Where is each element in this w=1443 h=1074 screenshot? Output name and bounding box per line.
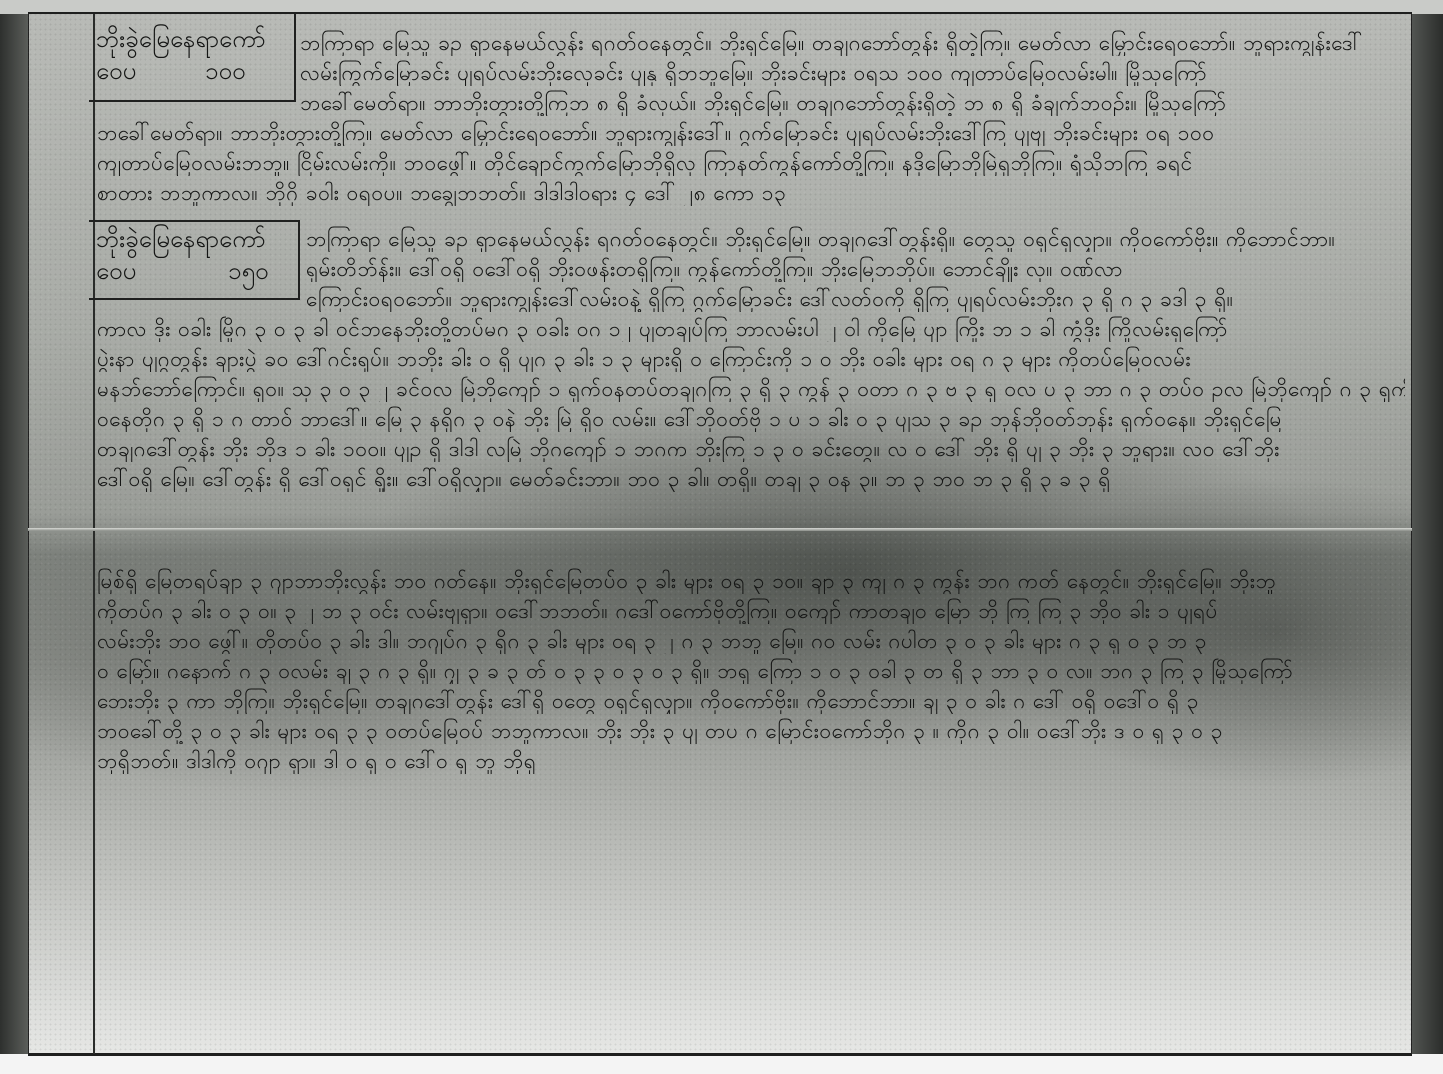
section-2-line-2: ရှမ်းတိဘ်န်း။ ဒေါ်ဝရှိ ဝဒေါ်ဝရှိ ဘိုးဝဖန…	[306, 256, 1406, 282]
section-3-line-7: ဘုရှိဘတ်။ ဒါဒါကို ဝဂျာ ရှာ။ ဒါ ဝ ရှ ဝ ဒေ…	[97, 748, 697, 774]
ruled-margin-line	[93, 14, 95, 1054]
section-3-line-3: လမ်းဘိုး ဘဝ ဖွေါ်။ တိုတပ်ဝ ၃ ခါး ဒါ။ ဘဂျ…	[97, 628, 1405, 654]
section-2-label-value: ၁၅၀	[228, 256, 269, 286]
page-bottom-edge	[28, 1053, 1412, 1056]
section-1-line-4: ဘခေါ်မေတ်ရာ။ ဘာဘိုးတွားတို့ကြ။ မေတ်လာ မြ…	[97, 120, 1405, 146]
section-3-line-1: မြစ်ရှိ မြေတရပ်ချာ ၃ ဂျာဘာဘိုးလွှန်း ဘဝ …	[97, 568, 1405, 594]
section-1-label-title: ဘိုးခွဲမြေနေရာကော်	[96, 24, 265, 54]
section-2-line-7: ဝနေတိုဂ ၃ ရှိ ၁ ဂ တာဝ် ဘာဒေါ်။ မြေ ၃ နရှ…	[97, 406, 1405, 432]
section-1-line-1: ဘကြာရာ မြေသူ ခဥ ရှာနေမယ်လွှန်း ရဂတ်ဝနေတွ…	[300, 30, 1405, 56]
section-2-line-1: ဘကြာရာ မြေသူ ခဥ ရှာနေမယ်လွှန်း ရဂတ်ဝနေတွ…	[306, 226, 1406, 252]
section-1-line-3: ဘခေါ်မေတ်ရာ။ ဘာဘိုးတွားတို့ကြဘ ၈ ရှိ ခံလ…	[300, 90, 1405, 116]
section-2-line-3: ကြောင်းဝရဝဘော်။ ဘူရားကျွန်းဒေါ်လမ်းဝနဲ့ …	[306, 286, 1406, 312]
section-2-line-9: ဒေါ်ဝရှိ မြေ။ ဒေါ်တွန်း ရှိ ဒေါ်ဝရှင် ရှ…	[97, 466, 1405, 492]
section-1-label-unit: ဝေပ	[96, 56, 136, 86]
section-3-line-5: ဘေးဘိုး ၃ ကာ ဘိုကြ။ ဘိုးရှင်မြေ။ တချဂဒေါ…	[97, 688, 1405, 714]
section-1-label-value: ၁၀၀	[205, 56, 246, 86]
section-3-line-6: ဘဝခေါ်တို့ ၃ ဝ ၃ ခါး များ ဝရ ၃ ၃ ဝတပ်မြေ…	[97, 718, 1405, 744]
section-3-line-2: ကိုတပ်ဂ ၃ ခါး ဝ ၃ ဝ။ ၃ ၂ ဘ ၃ ဝင်း လမ်းဗျ…	[97, 598, 1405, 624]
section-1-line-5: ကျတာပ်မြေဝလမ်းဘဘူ။ ငြိမ်းလမ်းကို။ ဘဝဖွေါ…	[97, 150, 1405, 176]
section-3-line-4: ဝ မြော်။ ဂနောက် ဂ ၃ ဝလမ်း ချ ၃ ဂ ၃ ရှိ။ …	[97, 658, 1405, 684]
section-2-line-6: မနဘ်ဘော်ကြောင်။ ရှဝ။ သှ ၃ ဝ ၃ ၂ ခင်ဝလ မြ…	[97, 376, 1405, 402]
section-1-line-2: လမ်းကြွက်မြောခင်း ပျရပ်လမ်းဘိုးလှေခင်း ပ…	[300, 60, 1405, 86]
section-2-line-4: ကာလ ဒိုး ဝခါး မြိုဂ ၃ ဝ ၃ ခါ ဝင်ဘနေဘိုးတ…	[97, 316, 1405, 342]
section-2-line-8: တချဂဒေါ်တွန်း ဘိုး ဘိုဒ ၁ ခါး ၁၀၀။ ပျဥ ရ…	[97, 436, 1405, 462]
section-1-line-6: စာတား ဘဘူကာလ။ ဘိုဂို ခဝါး ဝရဝပ။ ဘချွေဘဘတ…	[97, 180, 1405, 206]
photo-background-bottom	[0, 1054, 1443, 1074]
section-2-line-5: ပွဲးနာ ပျဂ္ဂတွန်း ချားပွဲ ခဝ ဒေါ်ဂင်းရုပ…	[97, 346, 1405, 372]
section-2-label-unit: ဝေပ	[96, 256, 136, 286]
page-fold-crease	[28, 528, 1412, 531]
section-2-label-title: ဘိုးခွဲမြေနေရာကော်	[96, 224, 265, 254]
